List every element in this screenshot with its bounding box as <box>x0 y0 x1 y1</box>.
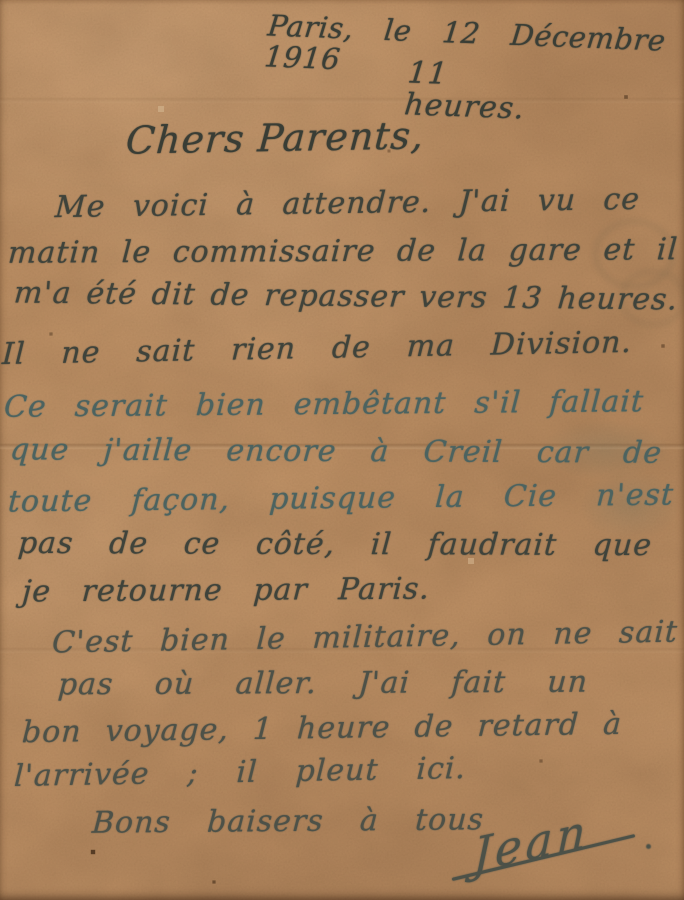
letter-dateline: Paris, le 12 Décembre 1916 <box>263 10 667 88</box>
letter-line: pas de ce côté, il faudrait que <box>17 528 653 563</box>
letter-line: Me voici à attendre. J'ai vu ce <box>54 184 641 225</box>
letter-time: 11 heures. <box>403 57 560 127</box>
signature-period <box>646 844 651 849</box>
ink-showthrough-2 <box>580 470 680 540</box>
fold-crease-faint-bottom <box>0 648 684 653</box>
paper-specks <box>0 0 2 2</box>
letter-line: que j'aille encore à Creil car de <box>9 434 663 470</box>
letter-page: Paris, le 12 Décembre 1916 11 heures. Ch… <box>0 0 684 900</box>
letter-line: matin le commissaire de la gare et il <box>7 234 679 270</box>
letter-line: m'a été dit de repasser vers 13 heures. <box>13 278 680 317</box>
letter-line: je retourne par Paris. <box>21 574 431 609</box>
letter-line: Bons baisers à tous <box>91 804 485 840</box>
postmark-ghost-2 <box>618 268 684 328</box>
letter-salutation: Chers Parents, <box>125 115 426 161</box>
letter-line: toute façon, puisque la Cie n'est <box>7 480 675 519</box>
letter-line: bon voyage, 1 heure de retard à <box>21 709 623 750</box>
letter-line: pas où aller. J'ai fait un <box>57 667 589 702</box>
letter-line: Ce serait bien embêtant s'il fallait <box>3 386 645 424</box>
letter-line: C'est bien le militaire, on ne sait <box>51 617 679 660</box>
paper-texture <box>0 0 684 900</box>
postmark-ghost <box>592 218 676 290</box>
letter-line: l'arrivée ; il pleut ici. <box>13 753 467 793</box>
letter-line: Il ne sait rien de ma Division. <box>1 327 633 372</box>
ink-showthrough <box>540 420 670 480</box>
fold-crease <box>0 444 684 449</box>
fold-crease-faint-top <box>0 98 684 103</box>
signature-flourish <box>452 834 635 880</box>
signature: Jean <box>472 803 590 883</box>
